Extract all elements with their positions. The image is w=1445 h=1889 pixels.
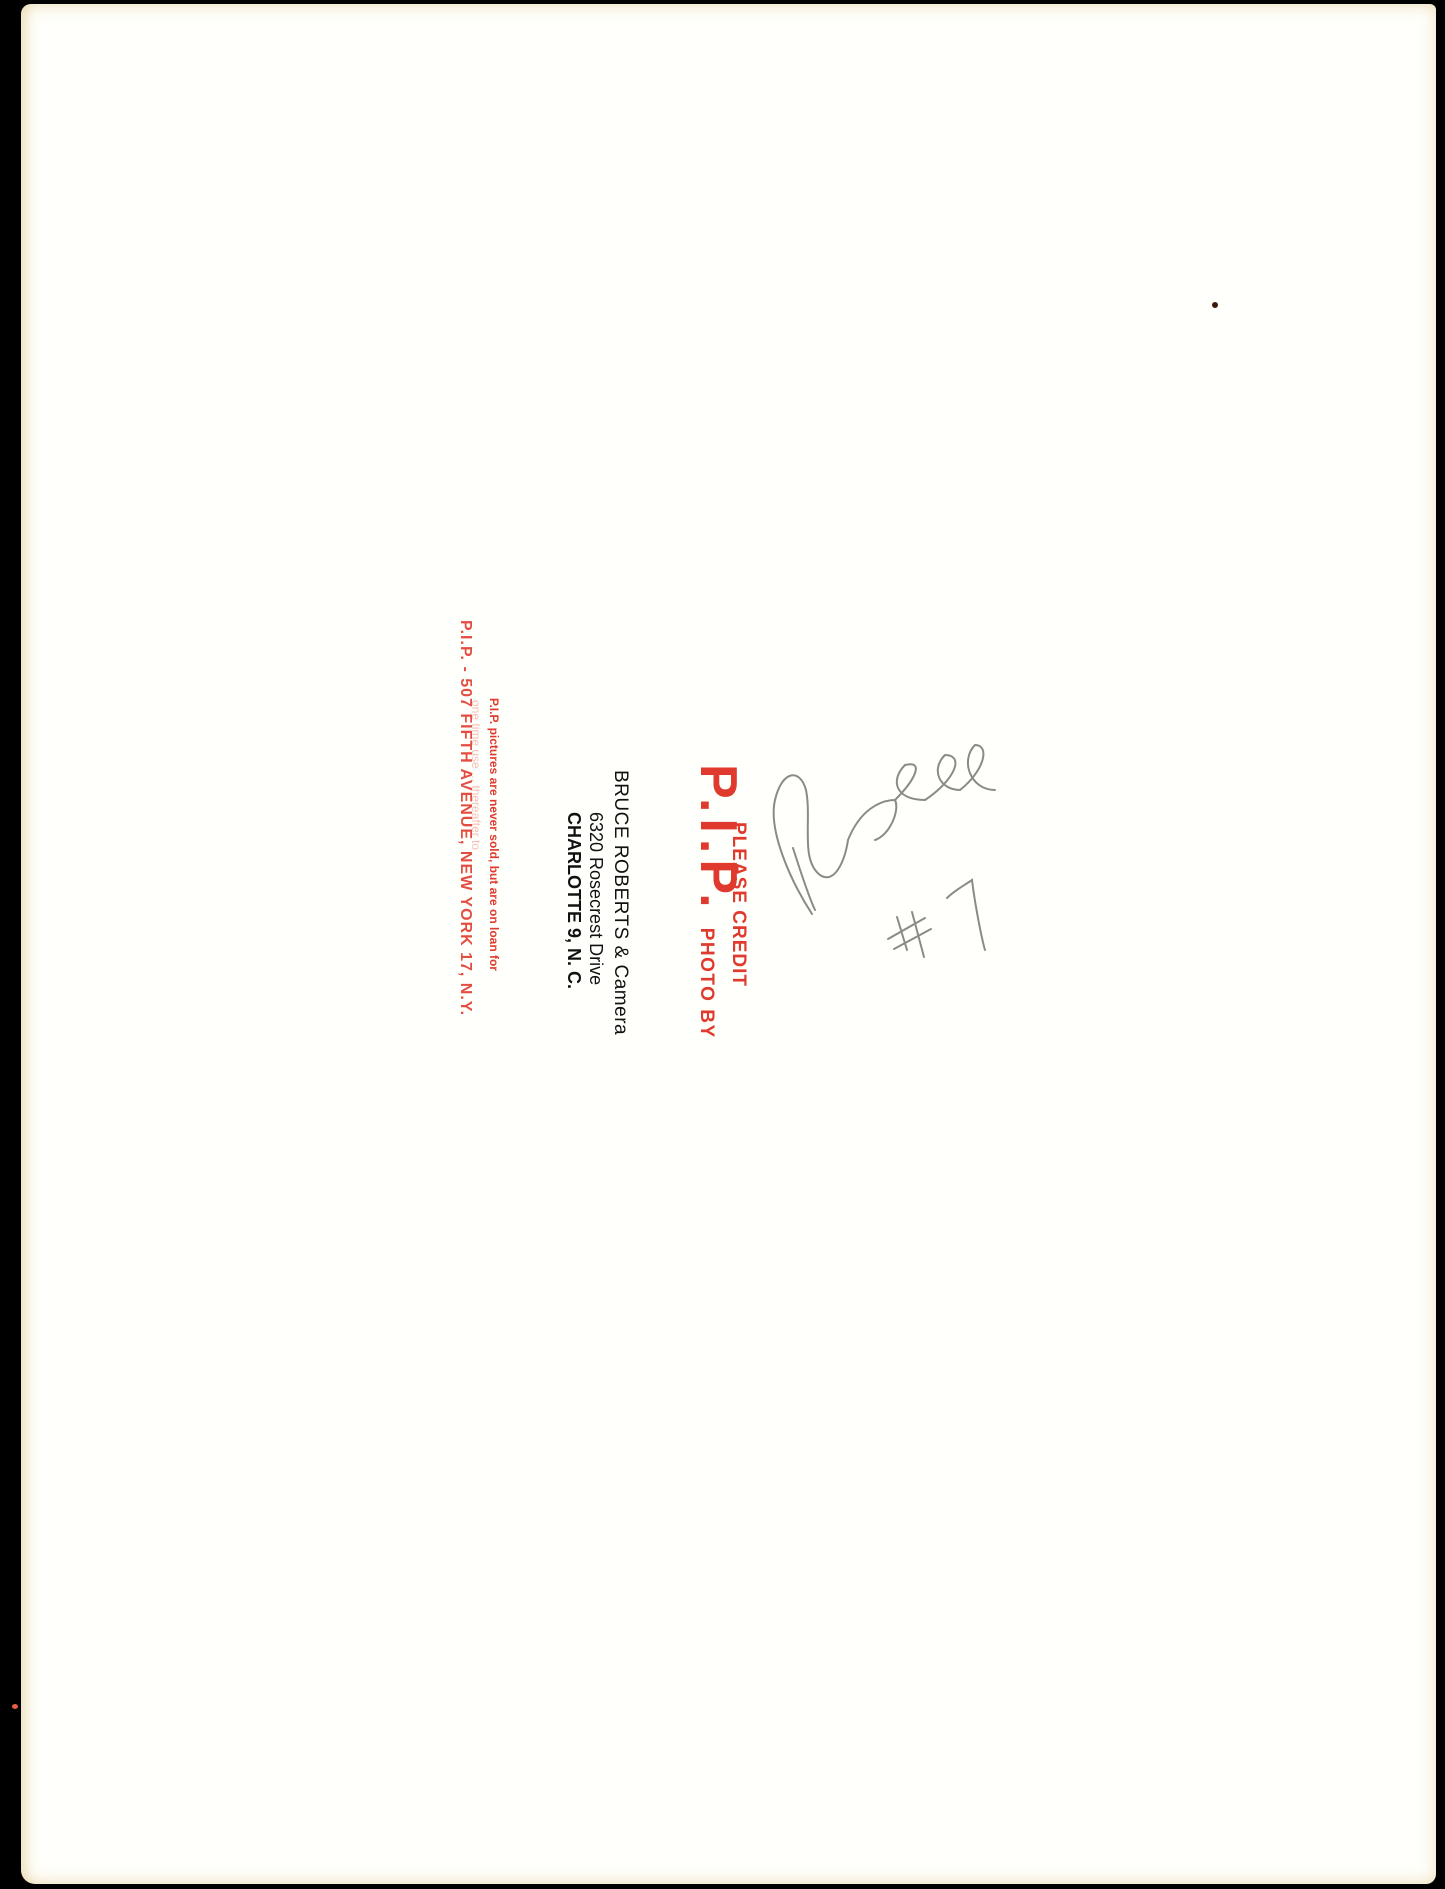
pencil-note: Roll 6 #7 <box>0 0 1445 1889</box>
ink-speck <box>1212 302 1218 308</box>
red-speck <box>12 1704 18 1709</box>
